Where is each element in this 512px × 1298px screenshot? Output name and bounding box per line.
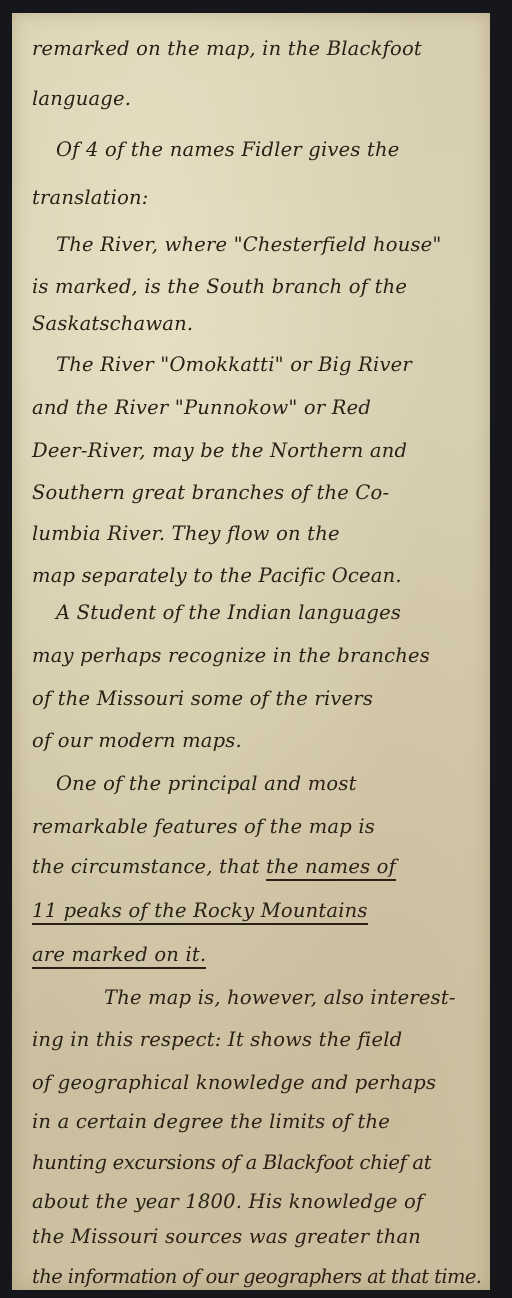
underlined-text: 11 peaks of the Rocky Mountains: [32, 899, 368, 925]
text-line: hunting excursions of a Blackfoot chief …: [32, 1148, 431, 1178]
text-line: remarked on the map, in the Blackfoot: [32, 34, 422, 64]
text-fragment: the circumstance, that: [32, 855, 266, 878]
text-line: The River "Omokkatti" or Big River: [56, 350, 412, 380]
text-line: lumbia River. They flow on the: [32, 519, 340, 549]
text-line: One of the principal and most: [56, 769, 357, 799]
text-line: of our modern maps.: [32, 726, 242, 756]
text-line: may perhaps recognize in the branches: [32, 641, 430, 671]
text-line: Southern great branches of the Co-: [32, 478, 389, 508]
text-line-partially-underlined: the circumstance, that the names of: [32, 852, 396, 882]
text-line: The River, where "Chesterfield house": [56, 230, 442, 260]
text-line: Deer-River, may be the Northern and: [32, 436, 407, 466]
text-line: A Student of the Indian languages: [56, 598, 401, 628]
text-line: of geographical knowledge and perhaps: [32, 1068, 436, 1098]
text-line: is marked, is the South branch of the: [32, 272, 407, 302]
text-line: map separately to the Pacific Ocean.: [32, 561, 402, 591]
text-line: the Missouri sources was greater than: [32, 1222, 421, 1252]
text-line: Of 4 of the names Fidler gives the: [56, 135, 399, 165]
text-line: remarkable features of the map is: [32, 812, 375, 842]
manuscript-page: remarked on the map, in the Blackfoot la…: [12, 13, 490, 1290]
text-line: ing in this respect: It shows the field: [32, 1025, 402, 1055]
text-line: Saskatschawan.: [32, 309, 193, 339]
text-line: language.: [32, 84, 131, 114]
text-line: and the River "Punnokow" or Red: [32, 393, 371, 423]
text-line: translation:: [32, 183, 149, 213]
underlined-text: the names of: [266, 855, 396, 881]
text-line-underlined: 11 peaks of the Rocky Mountains: [32, 896, 368, 926]
text-line: The map is, however, also interest-: [104, 983, 456, 1013]
text-line: the information of our geographers at th…: [32, 1262, 481, 1292]
underlined-text: are marked on it.: [32, 943, 206, 969]
text-line: about the year 1800. His knowledge of: [32, 1187, 423, 1217]
text-line: in a certain degree the limits of the: [32, 1107, 390, 1137]
text-line-underlined: are marked on it.: [32, 940, 206, 970]
text-line: of the Missouri some of the rivers: [32, 684, 373, 714]
